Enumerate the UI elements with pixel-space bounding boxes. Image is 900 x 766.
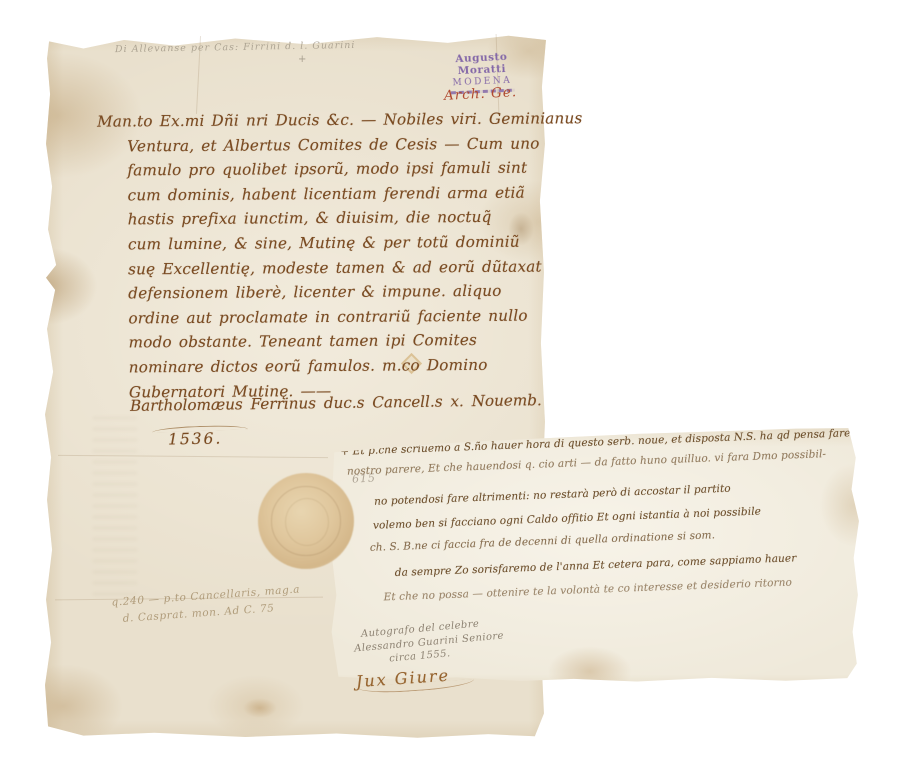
- manuscript-line: ordine aut proclamate in contrariũ facie…: [128, 303, 550, 331]
- manuscript-line: cum lumine, & sine, Mutinę & per totũ do…: [128, 229, 550, 257]
- note-body-text: + Et p.che scriuemo a S.ño hauer hora di…: [338, 425, 860, 607]
- attached-note-sheet: 615 + Et p.che scriuemo a S.ño hauer hor…: [330, 426, 860, 690]
- manuscript-line: defensionem liberè, licenter & impune. a…: [128, 279, 550, 307]
- manuscript-line: cum dominis, habent licentiam ferendi ar…: [127, 180, 549, 208]
- document-year: 1536.: [168, 430, 223, 449]
- ink-showthrough: [93, 415, 137, 595]
- wax-seal: [258, 473, 354, 569]
- stamp-name: Augusto Moratti: [429, 50, 534, 79]
- pencil-cross-mark: +: [298, 54, 306, 65]
- manuscript-line: nominare dictos eorũ famulos. m.co Domin…: [129, 352, 551, 380]
- manuscript-body-text: Man.to Ex.mi Dñi nri Ducis &c. — Nobiles…: [97, 106, 551, 404]
- pencil-attribution: Autografo del celebre Alessandro Guarini…: [353, 616, 506, 669]
- manuscript-line: hastis prefixa iunctim, & diuisim, die n…: [128, 205, 550, 233]
- manuscript-line: Ventura, et Albertus Comites de Cesis — …: [127, 131, 549, 159]
- manuscript-line: famulo pro quolibet ipsorũ, modo ipsi fa…: [127, 156, 549, 184]
- manuscript-line: Man.to Ex.mi Dñi nri Ducis &c. — Nobiles…: [97, 106, 549, 134]
- ink-blot: [243, 698, 277, 718]
- manuscript-line: modo obstante. Teneant tamen ipi Comites: [129, 328, 551, 356]
- manuscript-line: suę Excellentię, modeste tamen & ad eorũ…: [128, 254, 550, 282]
